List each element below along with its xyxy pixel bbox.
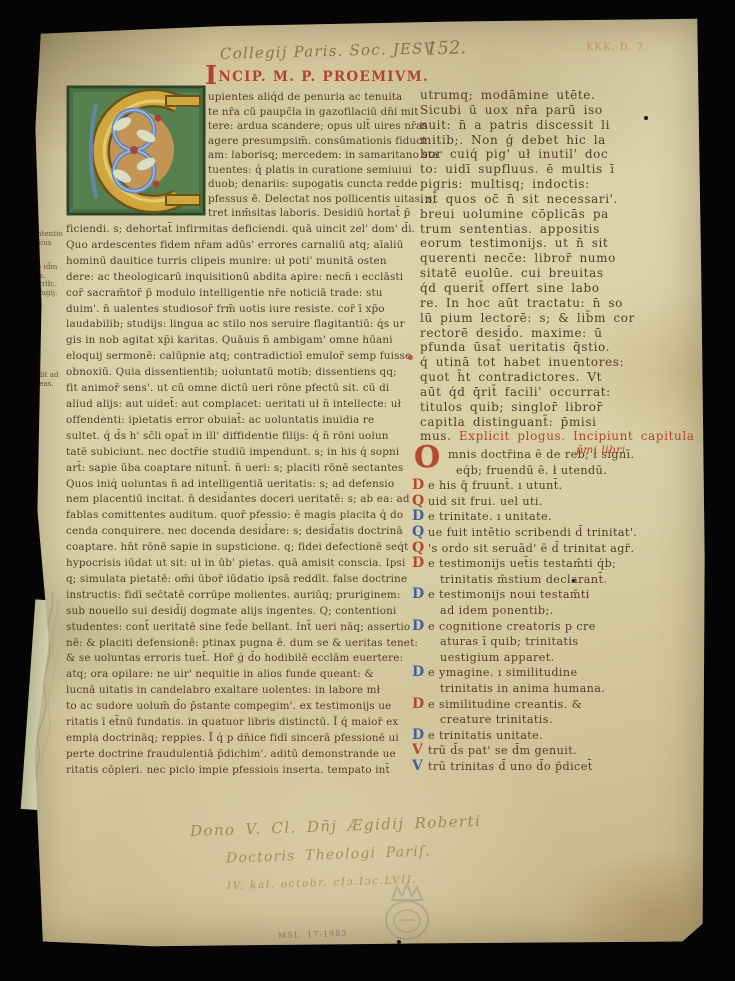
margin-note: Intentio ip̄ius [34, 230, 63, 247]
capitulum-initial: D [412, 665, 428, 681]
text-line: duob; denariis: supogatis cuncta redde [208, 177, 408, 192]
text-line: coaptare. hn̄t rōnē sapie in supsticione… [66, 540, 404, 556]
text-line: sub nouello sui desid̄ij dogmate alijs i… [66, 604, 404, 620]
capitulum-item: aturas ī quib; trinitatis [412, 634, 672, 650]
manuscript-leaf: Collegij Paris. Soc. JESV 152. KKK. D. 7… [30, 16, 706, 949]
capitulum-text: uestigium apparet. [440, 650, 555, 666]
capitulum-text: 's ordo sit seruād' ē d̄ trinitat agr̄. [428, 541, 635, 557]
capitulum-item: uestigium apparet. [412, 650, 672, 666]
text-line: mitib;. Non ǵ debet hic la [420, 133, 652, 148]
oval-crown-stamp-icon [382, 880, 432, 944]
donation-inscription-line-2: Doctoris Theologi Pariſ. [226, 843, 431, 866]
text-line: agere presumpsim̄. consūmationis fiduci [208, 134, 408, 149]
illuminated-initial-C [66, 84, 208, 218]
text-line: laudabilib; studijs: lingua ac stilo nos… [66, 317, 404, 333]
margin-note-line: refugij. [31, 289, 57, 298]
margin-note: redit ad lineas. [30, 371, 59, 388]
text-line: rectorē desid̄o. maxime: ū [420, 326, 652, 341]
capitulum-text: e trinitate. ı unitate. [428, 509, 552, 525]
text-line: titulos quib; singlor̄ libror̄ [420, 400, 652, 415]
text-line: fit animor̄ sens'. ut cū omne dictū ueri… [66, 381, 404, 397]
text-line: to ac sudore uolum̄ d̄o p̄stante compegi… [66, 699, 404, 715]
explicit-rubric: Explicit plogus. Incipiunt capitula [459, 429, 695, 443]
text-line: art̄: sapie ūba coaptare nitunt̄. n̄ uer… [66, 461, 404, 477]
left-text-column-beside-initial: upientes aliq́d de penuria ac tenuita te… [208, 90, 408, 221]
text-line: hypocrisis iūdat ut sit: uł in ūb' pieta… [66, 556, 404, 572]
text-line: sultet. q́ d̄s h' sc̄li opat̄ in ill' di… [66, 429, 404, 445]
text-line: ritatis ī et̄nū fundatis. in quatuor lib… [66, 715, 404, 731]
capitulum-item: De testimonijs noui testam̄ti [412, 587, 672, 603]
rubric-text: NCIP. M. P. PROEMIVM. [218, 69, 428, 85]
capitulum-item: De similitudine creantis. & [412, 697, 672, 713]
capitulum-item: De ymagine. ı similitudine [412, 665, 672, 681]
capitulum-text: e testimonijs noui testam̄ti [428, 587, 590, 603]
text-line: q; simulata pietatē: om̄i ūbor̄ iūdatio … [66, 572, 404, 588]
text-line: querenti necc̄e: libror̄ numo [420, 251, 652, 266]
capitulum-item: trinitatis m̄stium declarant̄. [412, 572, 672, 588]
text-line: pfessus ē. Delectat nos pollicentis uita… [208, 192, 408, 207]
text-line: bor cuiq́ pig' uł inutil' doc [420, 147, 652, 162]
text-line: duim'. n̄ ualentes studiosor̄ frm̄ uotis… [66, 302, 404, 318]
capitulum-item: ad idem ponentib;. [412, 603, 672, 619]
text-line: empla doctrināq; reppies. Ī q́ p dn̄ice … [66, 731, 404, 747]
text-line: Quo ardescentes fidem nr̄am adūs' errore… [66, 238, 404, 254]
text-line: upientes aliq́d de penuria ac tenuita [208, 90, 408, 105]
text-line: offendenti: ipietatis error obuiat̄: ac … [66, 413, 404, 429]
capitulum-text: e his q̄ fruunt̄. ı utunt̄. [428, 478, 563, 494]
text-line: tret inm̄sitas laboris. Desidiū hortat̄ … [208, 206, 408, 221]
text-line: Quos iniq́ uoluntas n̄ ad intelligentiā … [66, 477, 404, 493]
text-line: Sicubi ū uox nr̄a parū iso [420, 103, 652, 118]
text-line: instructis: fidī sec̄tatē corrūpe molien… [66, 588, 404, 604]
capitulum-text: trinitatis in anima humana. [440, 681, 605, 697]
left-text-column: ficiendi. s; dehortat̄ infirmitas defici… [66, 222, 404, 779]
capitulum-item: mnis doctr̄ina ē de reb; ł signī.p̄mi li… [412, 447, 672, 463]
book-label-red: p̄mi libri [576, 443, 626, 459]
text-line: to: uidī supfluus. ē multis ī [420, 162, 652, 177]
text-line: q́ utinā tot habet inuentores: [420, 355, 652, 370]
text-line: pigris: multisq; indoctis: [420, 177, 652, 192]
capitulum-item: De cognitione creatoris p cre [412, 619, 672, 635]
capitulum-text: trū d̄s pat' se d̄m genuit. [428, 743, 577, 759]
capitulum-initial: Q [412, 541, 428, 557]
text-line: lucnā uitatis in candelabro exaltare uol… [66, 683, 404, 699]
text-line: re. In hoc aūt tractatu: n̄ so [420, 296, 652, 311]
folio-number: 152. [426, 37, 467, 59]
text-line: cor̄ sacram̄tor̄ p̄ modulo intelligentie… [66, 286, 404, 302]
capitulum-initial: D [412, 478, 428, 494]
capitulum-item: Vtrū trinitas d̄ uno d̄o p̄dicet̄ [412, 759, 672, 775]
text-line: aūt q́d q̄rit̄ facili' occurrat: [420, 385, 652, 400]
paraph-mark [408, 355, 413, 360]
capitulum-text: e similitudine creantis. & [428, 697, 582, 713]
capitulum-item: trinitatis in anima humana. [412, 681, 672, 697]
text-line: perte doctrine fraudulentiā p̄dichim'. a… [66, 747, 404, 763]
ownership-inscription: Collegij Paris. Soc. JESV [220, 39, 436, 63]
text-line: int̄ quos oc̄ n̄ sit necessari'. [420, 192, 652, 207]
capitulum-initial: Q [412, 525, 428, 541]
text-line: nuit: n̄ a patris discessit li [420, 118, 652, 133]
text-line: tuentes: q́ platis in curatione semiuiui [208, 163, 408, 178]
dirt-speck [397, 940, 401, 944]
pencil-accession-number: MSL. 17-1983 [278, 929, 348, 940]
capitulum-item: Que fuit intētio scribendi d̄ trinitat'. [412, 525, 672, 541]
capitulum-text: ad idem ponentib;. [440, 603, 554, 619]
donation-inscription-line-1: Dono V. Cl. Dñj Ægidij Roberti [190, 812, 482, 840]
capitulum-item: De his q̄ fruunt̄. ı utunt̄. [412, 478, 672, 494]
dirt-speck [572, 579, 575, 582]
capitulum-item: eq́b; fruendū ē. ł utendū. [412, 463, 672, 479]
capitulum-item: creature trinitatis. [412, 712, 672, 728]
text-line: tere: ardua scandere; opus ult̄ uires nr… [208, 119, 408, 134]
photograph-background: Collegij Paris. Soc. JESV 152. KKK. D. 7… [0, 0, 735, 981]
text-line: lū pium lectorē: s; & lib̄m cor [420, 311, 652, 326]
capitulum-text: aturas ī quib; trinitatis [440, 634, 578, 650]
capitulum-initial: Q [412, 494, 428, 510]
text-line: eloquij sermonē: calūpnie atq; contradic… [66, 349, 404, 365]
capitulum-item: Q's ordo sit seruād' ē d̄ trinitat agr̄. [412, 541, 672, 557]
margin-note-line: ip̄ius [34, 239, 63, 248]
right-text-column: utrumq; modāmine utēte. Sicubi ū uox nr̄… [420, 88, 652, 444]
capitulum-initial: V [412, 759, 428, 775]
text-line: pfunda ūsat̄ ueritatis q̄stio. [420, 340, 652, 355]
text-line: & se uoluntas erroris tuet̄. Hor̄ ǵ d̄o … [66, 651, 404, 667]
text-line: obnoxiū. Quia dissentientib; uoluntatū m… [66, 365, 404, 381]
text-line: nem placentiū incitat. n̄ desid̄antes do… [66, 492, 404, 508]
capitulum-item: Vtrū d̄s pat' se d̄m genuit. [412, 743, 672, 759]
text-line: ritatis cōpleri. nec piclo impie pfessio… [66, 763, 404, 779]
capitulum-text: e trinitatis unitate. [428, 728, 543, 744]
capitulum-text: eq́b; fruendū ē. ł utendū. [456, 463, 607, 479]
text-line: eorum testimonijs. ut n̄ sit [420, 236, 652, 251]
capitulum-item: De testimonijs uet̄is testam̄ti q́b; [412, 556, 672, 572]
text-line: q́d querit̄ offert sine labo [420, 281, 652, 296]
capitulum-text: uid sit frui. uel uti. [428, 494, 543, 510]
capitulum-item: Quid sit frui. uel uti. [412, 494, 672, 510]
text-line: aliud alijs: aut uidet̄: aut complacet: … [66, 397, 404, 413]
capitulum-initial: D [412, 556, 428, 572]
text-line: te nr̄a cū paupc̄la in gazofilaciū dn̄i … [208, 105, 408, 120]
margin-note-line: lineas. [30, 380, 59, 389]
text-line: utrumq; modāmine utēte. [420, 88, 652, 103]
capitulum-initial: V [412, 743, 428, 759]
capitulum-text: creature trinitatis. [440, 712, 553, 728]
capitulum-text: e ymagine. ı similitudine [428, 665, 578, 681]
text-line: gis in nob agitat xp̄i karitas. Quāuis n… [66, 333, 404, 349]
capitulum-initial: D [412, 509, 428, 525]
capitulum-item: De trinitate. ı unitate. [412, 509, 672, 525]
text-line: fablas comittentes auditum. quor̄ pfessi… [66, 508, 404, 524]
margin-note: ~ē id̄m cas. turrib;. refugij. [31, 263, 57, 297]
text-line: trum sententias. appositis [420, 222, 652, 237]
text-line: studentes: cont̄ ueritatē sine fed̄e bel… [66, 620, 404, 636]
text-line: atq; ora opilare: ne uir' nequitie in al… [66, 667, 404, 683]
text-line: sitatē euolūe. cui breuitas [420, 266, 652, 281]
shelfmark-red: KKK. D. 7 [586, 42, 644, 53]
capitulum-text: trū trinitas d̄ uno d̄o p̄dicet̄ [428, 759, 593, 775]
text-line: am: laborisq; mercedem: in samaritano st… [208, 148, 408, 163]
text-line: quot h̄t contradictores. Vt [420, 370, 652, 385]
text-line: ficiendi. s; dehortat̄ infirmitas defici… [66, 222, 404, 238]
capitulum-item: De trinitatis unitate. [412, 728, 672, 744]
capitulum-initial: D [412, 728, 428, 744]
capitulum-initial: D [412, 587, 428, 603]
capitulum-text: e testimonijs uet̄is testam̄ti q́b; [428, 556, 616, 572]
text-line: breui uolumine cōplicās pa [420, 207, 652, 222]
capitulum-text: ue fuit intētio scribendi d̄ trinitat'. [428, 525, 637, 541]
capitula-list: O mnis doctr̄ina ē de reb; ł signī.p̄mi … [412, 447, 672, 774]
text-line: nē: & placiti defensionē: ptinax pugna ē… [66, 636, 404, 652]
capitulum-initial: D [412, 619, 428, 635]
capitulum-text: trinitatis m̄stium declarant̄. [440, 572, 607, 588]
dirt-speck [644, 116, 648, 120]
capitulum-text: e cognitione creatoris p cre [428, 619, 596, 635]
capitulum-initial: D [412, 697, 428, 713]
text-line: tatē subiciunt. nec doctr̄ie studiū impe… [66, 445, 404, 461]
text-line: capitla distinguant̄: p̄misi [420, 415, 652, 430]
text-line: dere: ac theologicarū inquisitionū abdit… [66, 270, 404, 286]
text-line: cenda conquirere. nec docenda desid̄are:… [66, 524, 404, 540]
incipit-rubric: INCIP. M. P. PROEMIVM. [205, 69, 429, 85]
text-line: hominū dauitice turris clipeis munire: u… [66, 254, 404, 270]
